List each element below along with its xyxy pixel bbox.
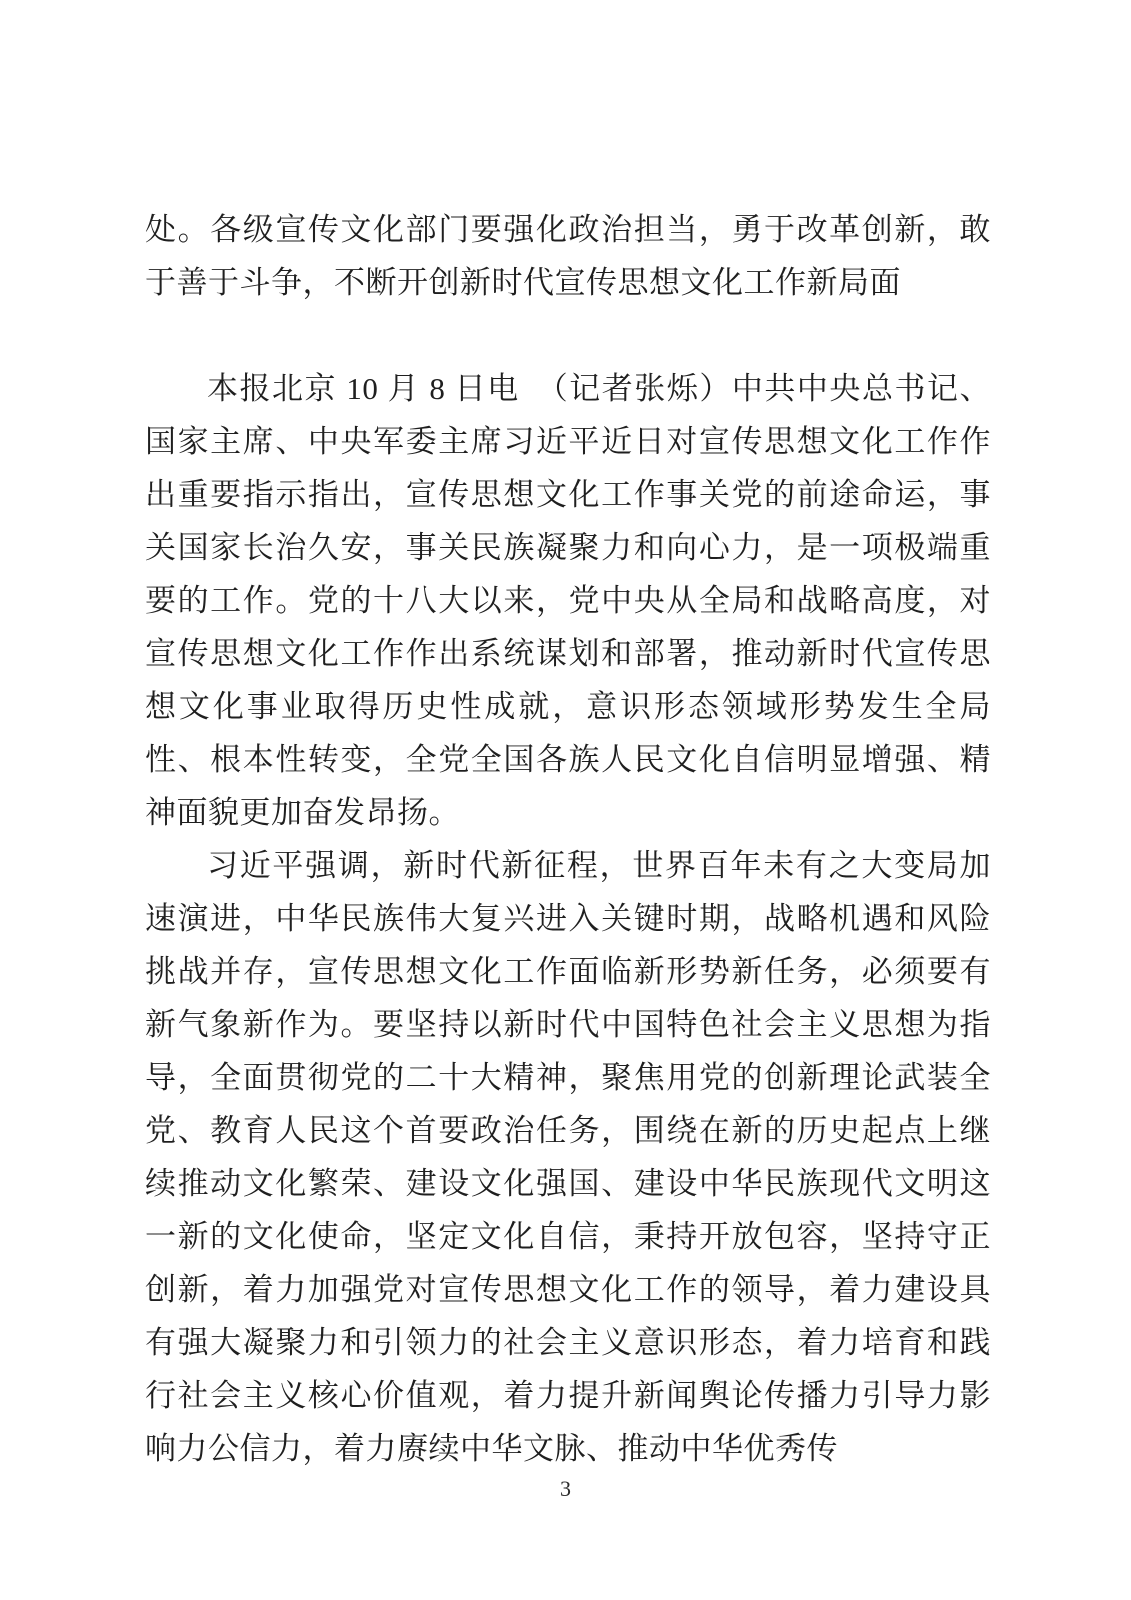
paragraph-continuation: 处。各级宣传文化部门要强化政治担当，勇于改革创新，敢于善于斗争，不断开创新时代宣… — [145, 203, 991, 309]
page-number: 3 — [560, 1476, 571, 1501]
blank-line-spacer — [145, 309, 991, 362]
document-page: 处。各级宣传文化部门要强化政治担当，勇于改革创新，敢于善于斗争，不断开创新时代宣… — [0, 0, 1131, 1600]
paragraph-dateline: 本报北京 10 月 8 日电 （记者张烁）中共中央总书记、国家主席、中央军委主席… — [145, 362, 991, 839]
paragraph-body: 习近平强调，新时代新征程，世界百年未有之大变局加速演进，中华民族伟大复兴进入关键… — [145, 839, 991, 1475]
page-footer: 3 — [0, 1474, 1131, 1504]
document-text-block: 处。各级宣传文化部门要强化政治担当，勇于改革创新，敢于善于斗争，不断开创新时代宣… — [145, 203, 991, 1475]
